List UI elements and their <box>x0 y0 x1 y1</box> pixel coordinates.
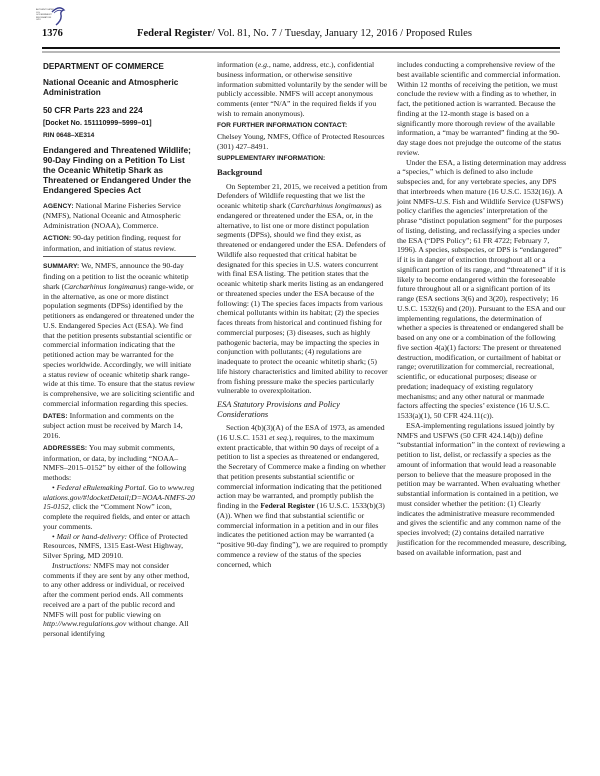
regulations-gov-url[interactable]: http://www.regulations.gov <box>43 619 126 628</box>
scientific-name: Carcharhinus longimanus <box>64 282 144 291</box>
issue-info: / Vol. 81, No. 7 / Tuesday, January 12, … <box>212 28 472 39</box>
background-paragraph: On September 21, 2015, we received a pet… <box>217 182 389 397</box>
esa-text-b: ), requires, to the maximum extent pract… <box>217 433 386 510</box>
eagle-icon <box>50 6 66 26</box>
instructions-paragraph: Instructions: NMFS may not consider comm… <box>43 561 196 639</box>
substantial-information-paragraph: ESA-implementing regulations issued join… <box>397 421 567 558</box>
page-header: 1376 Federal Register/ Vol. 81, No. 7 / … <box>42 28 560 42</box>
summary-label: SUMMARY: <box>43 263 79 270</box>
addresses-label: ADDRESSES: <box>43 445 87 452</box>
background-text-b: ) as endangered or threatened under the … <box>217 201 388 395</box>
document-title: Endangered and Threatened Wildlife; 90-D… <box>43 146 196 196</box>
agency-label: AGENCY: <box>43 203 74 210</box>
running-head: Federal Register/ Vol. 81, No. 7 / Tuesd… <box>137 28 472 39</box>
portal-label: Federal eRulemaking Portal. <box>57 483 147 492</box>
rin-number: RIN 0648–XE314 <box>43 131 196 140</box>
supplementary-label: SUPPLEMENTARY INFORMATION: <box>217 154 389 164</box>
scientific-name: Carcharhinus longimanus <box>291 201 371 210</box>
esa-provisions-heading: ESA Statutory Provisions and Policy Cons… <box>217 400 389 420</box>
eg-abbrev: e.g., <box>258 60 271 69</box>
contact-label: FOR FURTHER INFORMATION CONTACT: <box>217 121 389 131</box>
esa-text-c: (16 U.S.C. 1533(b)(3)(A)). When we find … <box>217 501 388 569</box>
privacy-text-a: information ( <box>217 60 258 69</box>
cfr-parts: 50 CFR Parts 223 and 224 <box>43 106 196 116</box>
status-review-paragraph: includes conducting a comprehensive revi… <box>397 60 567 158</box>
instructions-label: Instructions: <box>52 561 91 570</box>
portal-method: • Federal eRulemaking Portal. Go to www.… <box>43 483 196 532</box>
listing-determination-paragraph: Under the ESA, a listing determination m… <box>397 158 567 421</box>
addresses-paragraph: ADDRESSES: You may submit comments, info… <box>43 443 196 483</box>
action-label: ACTION: <box>43 235 71 242</box>
federal-register-ref: Federal Register <box>260 501 314 510</box>
header-rule-thick <box>42 47 560 49</box>
department-heading: DEPARTMENT OF COMMERCE <box>43 62 196 72</box>
background-heading: Background <box>217 167 389 178</box>
column-1: DEPARTMENT OF COMMERCE National Oceanic … <box>43 60 196 639</box>
et-seq: et seq. <box>269 433 289 442</box>
section-divider <box>43 256 196 257</box>
summary-paragraph: SUMMARY: We, NMFS, announce the 90-day f… <box>43 261 196 408</box>
dates-paragraph: DATES: Information and comments on the s… <box>43 411 196 441</box>
contact-text: Chelsey Young, NMFS, Office of Protected… <box>217 132 389 152</box>
page-number: 1376 <box>42 28 63 39</box>
dates-label: DATES: <box>43 413 68 420</box>
mail-method: • Mail or hand-delivery: Office of Prote… <box>43 532 196 561</box>
agency-heading: National Oceanic and Atmospheric Adminis… <box>43 78 196 98</box>
docket-number: [Docket No. 151110999–5999–01] <box>43 119 196 128</box>
privacy-paragraph: information (e.g., name, address, etc.),… <box>217 60 389 119</box>
summary-text-b: ) range-wide, or in the alternative, as … <box>43 282 195 408</box>
agency-paragraph: AGENCY: National Marine Fisheries Servic… <box>43 201 196 231</box>
gpo-authentication-logo: AUTHENTICATED U.S. GOVERNMENT INFORMATIO… <box>36 6 70 28</box>
column-3: includes conducting a comprehensive revi… <box>397 60 567 557</box>
column-2: information (e.g., name, address, etc.),… <box>217 60 389 569</box>
publication-name: Federal Register <box>137 28 212 39</box>
mail-label: Mail or hand-delivery: <box>57 532 127 541</box>
action-paragraph: ACTION: 90-day petition finding, request… <box>43 233 196 254</box>
esa-paragraph: Section 4(b)(3)(A) of the ESA of 1973, a… <box>217 423 389 569</box>
header-rule-thin <box>42 51 560 53</box>
portal-text-a: Go to <box>147 483 168 492</box>
